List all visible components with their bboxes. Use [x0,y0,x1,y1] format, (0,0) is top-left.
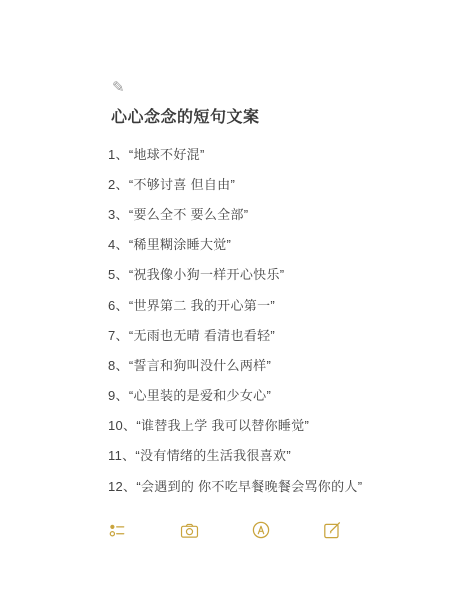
list-item: 1、“地球不好混” [108,138,418,168]
pencil-icon: ✎ [112,80,125,95]
list-item: 5、“祝我像小狗一样开心快乐” [108,259,418,289]
compose-button[interactable] [322,520,343,541]
font-style-button[interactable] [250,520,271,541]
camera-icon [179,521,200,540]
list-item: 11、“没有情绪的生活我很喜欢” [108,440,418,470]
checklist-button[interactable] [107,520,128,541]
note-page: ✎ 心心念念的短句文案 1、“地球不好混” 2、“不够讨喜 但自由” 3、“要么… [0,0,449,600]
compose-icon [322,520,342,540]
list-item: 10、“谁替我上学 我可以替你睡觉” [108,410,418,440]
font-style-icon [251,520,271,540]
list-item: 4、“稀里糊涂睡大觉” [108,229,418,259]
quote-list: 1、“地球不好混” 2、“不够讨喜 但自由” 3、“要么全不 要么全部” 4、“… [108,138,418,500]
list-item: 7、“无雨也无晴 看清也看轻” [108,319,418,349]
list-item: 9、“心里装的是爱和少女心” [108,380,418,410]
list-item: 12、“会遇到的 你不吃早餐晚餐会骂你的人” [108,470,418,500]
list-item: 8、“誓言和狗叫没什么两样” [108,349,418,379]
editor-toolbar [107,519,343,541]
page-title: 心心念念的短句文案 [111,104,260,127]
list-item: 3、“要么全不 要么全部” [108,198,418,228]
checklist-icon [108,521,127,540]
camera-button[interactable] [179,520,200,541]
list-item: 2、“不够讨喜 但自由” [108,168,418,198]
list-item: 6、“世界第二 我的开心第一” [108,289,418,319]
